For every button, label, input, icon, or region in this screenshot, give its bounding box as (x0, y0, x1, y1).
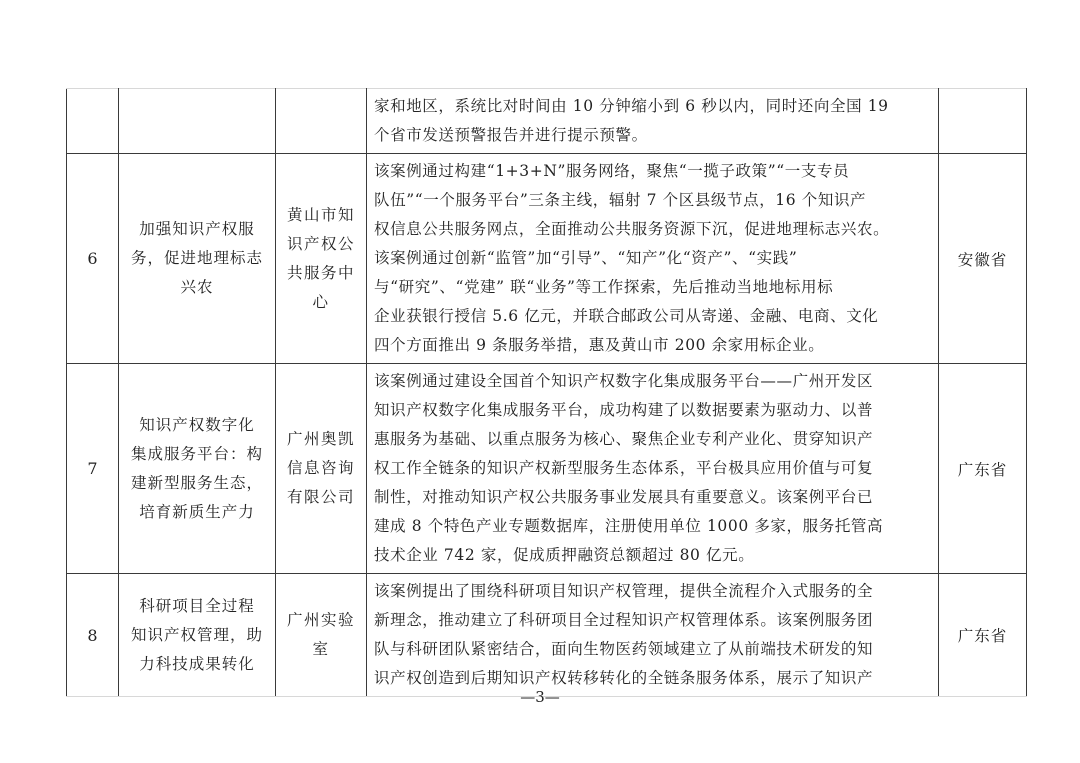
description-line: 制性，对推动知识产权公共服务事业发展具有重要意义。该案例平台已 (374, 483, 931, 512)
org-line: 有限公司 (282, 483, 360, 512)
document-page: 家和地区，系统比对时间由 10 分钟缩小到 6 秒以内，同时还向全国 19 个省… (0, 0, 1080, 763)
description-line: 与“研究”、“党建” 联“业务”等工作探索，先后推动当地地标用标 (374, 273, 931, 302)
description-line: 该案例通过创新“监管”加“引导”、“知产”化“资产”、“实践” (374, 244, 931, 273)
title-line: 力科技成果转化 (125, 650, 269, 679)
description-line: 新理念，推动建立了科研项目全过程知识产权管理体系。该案例服务团 (374, 606, 931, 635)
description-line: 家和地区，系统比对时间由 10 分钟缩小到 6 秒以内，同时还向全国 19 (374, 92, 931, 121)
case-organization: 黄山市知 识产权公 共服务中 心 (276, 154, 367, 364)
description-line: 企业获银行授信 5.6 亿元，并联合邮政公司从寄递、金融、电商、文化 (374, 302, 931, 331)
description-line: 个省市发送预警报告并进行提示预警。 (374, 121, 931, 150)
page-number: —3— (0, 688, 1080, 706)
org-line: 共服务中 (282, 259, 360, 288)
org-line: 识产权公 (282, 230, 360, 259)
title-line: 集成服务平台：构 (125, 440, 269, 469)
description-line: 权工作全链条的知识产权新型服务生态体系，平台极具应用价值与可复 (374, 454, 931, 483)
description-line: 权信息公共服务网点，全面推动公共服务资源下沉，促进地理标志兴农。 (374, 215, 931, 244)
case-title: 知识产权数字化 集成服务平台：构 建新型服务生态， 培育新质生产力 (119, 364, 276, 574)
description-line: 惠服务为基础、以重点服务为核心、聚焦企业专利产业化、贯穿知识产 (374, 425, 931, 454)
case-title: 加强知识产权服 务，促进地理标志 兴农 (119, 154, 276, 364)
table-row: 6 加强知识产权服 务，促进地理标志 兴农 黄山市知 识产权公 共服务中 心 该… (67, 154, 1027, 364)
case-description: 家和地区，系统比对时间由 10 分钟缩小到 6 秒以内，同时还向全国 19 个省… (367, 89, 939, 154)
case-province (939, 89, 1027, 154)
title-line: 务，促进地理标志 (125, 244, 269, 273)
case-organization (276, 89, 367, 154)
case-description: 该案例提出了围绕科研项目知识产权管理，提供全流程介入式服务的全 新理念，推动建立… (367, 574, 939, 697)
case-organization: 广州实验 室 (276, 574, 367, 697)
case-title: 科研项目全过程 知识产权管理，助 力科技成果转化 (119, 574, 276, 697)
cases-table: 家和地区，系统比对时间由 10 分钟缩小到 6 秒以内，同时还向全国 19 个省… (66, 88, 1027, 697)
description-line: 该案例通过建设全国首个知识产权数字化集成服务平台——广州开发区 (374, 367, 931, 396)
row-number: 7 (67, 364, 119, 574)
case-organization: 广州奥凯 信息咨询 有限公司 (276, 364, 367, 574)
case-province: 广东省 (939, 364, 1027, 574)
row-number (67, 89, 119, 154)
description-line: 该案例通过构建“1+3+N”服务网络，聚焦“一揽子政策”“一支专员 (374, 157, 931, 186)
row-number: 6 (67, 154, 119, 364)
description-line: 技术企业 742 家，促成质押融资总额超过 80 亿元。 (374, 541, 931, 570)
org-line: 室 (282, 635, 360, 664)
title-line: 培育新质生产力 (125, 498, 269, 527)
org-line: 广州实验 (282, 606, 360, 635)
org-line: 黄山市知 (282, 201, 360, 230)
description-line: 四个方面推出 9 条服务举措，惠及黄山市 200 余家用标企业。 (374, 331, 931, 360)
table-row: 7 知识产权数字化 集成服务平台：构 建新型服务生态， 培育新质生产力 广州奥凯… (67, 364, 1027, 574)
title-line: 加强知识产权服 (125, 215, 269, 244)
title-line: 知识产权数字化 (125, 411, 269, 440)
description-line: 队伍”“一个服务平台”三条主线，辐射 7 个区县级节点，16 个知识产 (374, 186, 931, 215)
description-line: 建成 8 个特色产业专题数据库，注册使用单位 1000 多家，服务托管高 (374, 512, 931, 541)
table-row: 8 科研项目全过程 知识产权管理，助 力科技成果转化 广州实验 室 该案例提出了… (67, 574, 1027, 697)
row-number: 8 (67, 574, 119, 697)
table-row: 家和地区，系统比对时间由 10 分钟缩小到 6 秒以内，同时还向全国 19 个省… (67, 89, 1027, 154)
case-province: 安徽省 (939, 154, 1027, 364)
org-line: 信息咨询 (282, 454, 360, 483)
case-province: 广东省 (939, 574, 1027, 697)
title-line: 兴农 (125, 273, 269, 302)
description-line: 队与科研团队紧密结合，面向生物医药领域建立了从前端技术研发的知 (374, 635, 931, 664)
case-title (119, 89, 276, 154)
title-line: 科研项目全过程 (125, 592, 269, 621)
title-line: 建新型服务生态， (125, 469, 269, 498)
case-description: 该案例通过建设全国首个知识产权数字化集成服务平台——广州开发区 知识产权数字化集… (367, 364, 939, 574)
description-line: 该案例提出了围绕科研项目知识产权管理，提供全流程介入式服务的全 (374, 577, 931, 606)
org-line: 广州奥凯 (282, 425, 360, 454)
org-line: 心 (282, 288, 360, 317)
description-line: 知识产权数字化集成服务平台，成功构建了以数据要素为驱动力、以普 (374, 396, 931, 425)
title-line: 知识产权管理，助 (125, 621, 269, 650)
case-description: 该案例通过构建“1+3+N”服务网络，聚焦“一揽子政策”“一支专员 队伍”“一个… (367, 154, 939, 364)
